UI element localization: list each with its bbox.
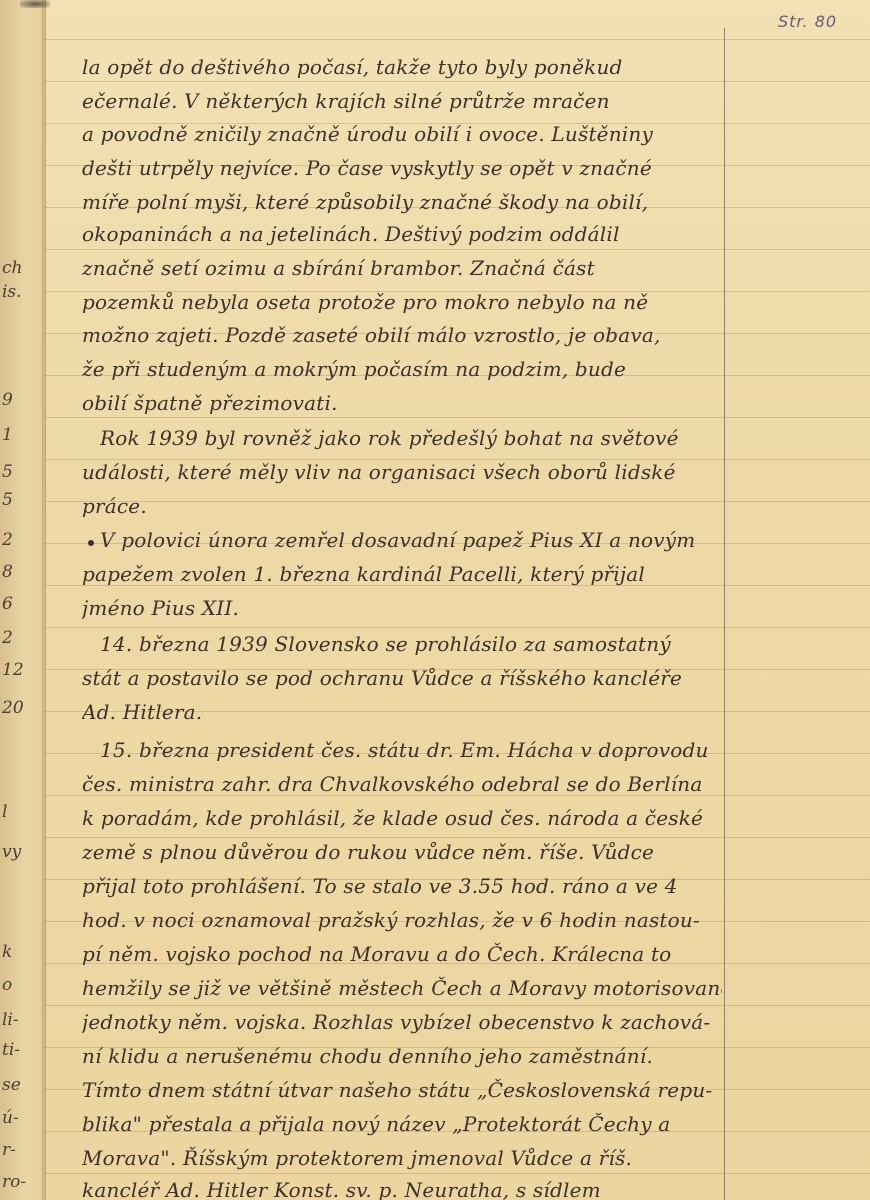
text-line: papežem zvolen 1. března kardinál Pacell… — [82, 562, 722, 586]
text-line: Tímto dnem státní útvar našeho státu „Če… — [82, 1078, 722, 1102]
text-line: značně setí ozimu a sbírání brambor. Zna… — [82, 256, 722, 280]
text-line: Ad. Hitlera. — [82, 700, 722, 724]
text-line: hemžily se již ve většině městech Čech a… — [82, 976, 722, 1000]
text-line: události, které měly vliv na organisaci … — [82, 460, 722, 484]
text-line: míře polní myši, které způsobily značné … — [82, 190, 722, 214]
text-line: jméno Pius XII. — [82, 596, 722, 620]
text-line: k poradám, kde prohlásil, že klade osud … — [82, 806, 722, 830]
text-line: dešti utrpěly nejvíce. Po čase vyskytly … — [82, 156, 722, 180]
text-line: obilí špatně přezimovati. — [82, 391, 722, 415]
text-line: Morava". Říšským protektorem jmenoval Vů… — [82, 1146, 722, 1170]
text-line: ečernalé. V některých krajích silné průt… — [82, 89, 722, 113]
text-line: země s plnou důvěrou do rukou vůdce něm.… — [82, 840, 722, 864]
text-line: pozemků nebyla oseta protože pro mokro n… — [82, 290, 722, 314]
handwritten-text: la opět do deštivého počasí, takže tyto … — [0, 0, 870, 1200]
paragraph-start-line: V polovici února zemřel dosavadní papež … — [100, 528, 722, 552]
text-line: a povodně zničily značně úrodu obilí i o… — [82, 122, 722, 146]
text-line: kancléř Ad. Hitler Konst. sv. p. Neurath… — [82, 1178, 722, 1200]
text-line: hod. v noci oznamoval pražský rozhlas, ž… — [82, 908, 722, 932]
text-line: přijal toto prohlášení. To se stalo ve 3… — [82, 874, 722, 898]
paragraph-start-line: 15. března president čes. státu dr. Em. … — [100, 738, 722, 762]
text-line: blika" přestala a přijala nový název „Pr… — [82, 1112, 722, 1136]
ink-dot — [88, 540, 94, 546]
text-line: možno zajeti. Pozdě zaseté obilí málo vz… — [82, 323, 722, 347]
text-line: la opět do deštivého počasí, takže tyto … — [82, 55, 722, 79]
text-line: jednotky něm. vojska. Rozhlas vybízel ob… — [82, 1010, 722, 1034]
text-line: stát a postavilo se pod ochranu Vůdce a … — [82, 666, 722, 690]
text-line: že při studeným a mokrým počasím na podz… — [82, 357, 722, 381]
paragraph-start-line: 14. března 1939 Slovensko se prohlásilo … — [100, 632, 722, 656]
text-line: okopaninách a na jetelinách. Deštivý pod… — [82, 222, 722, 246]
text-line: ní klidu a nerušenému chodu denního jeho… — [82, 1044, 722, 1068]
paragraph-start-line: Rok 1939 byl rovněž jako rok předešlý bo… — [100, 426, 722, 450]
text-line: pí něm. vojsko pochod na Moravu a do Čec… — [82, 942, 722, 966]
text-line: práce. — [82, 494, 722, 518]
text-line: čes. ministra zahr. dra Chvalkovského od… — [82, 772, 722, 796]
